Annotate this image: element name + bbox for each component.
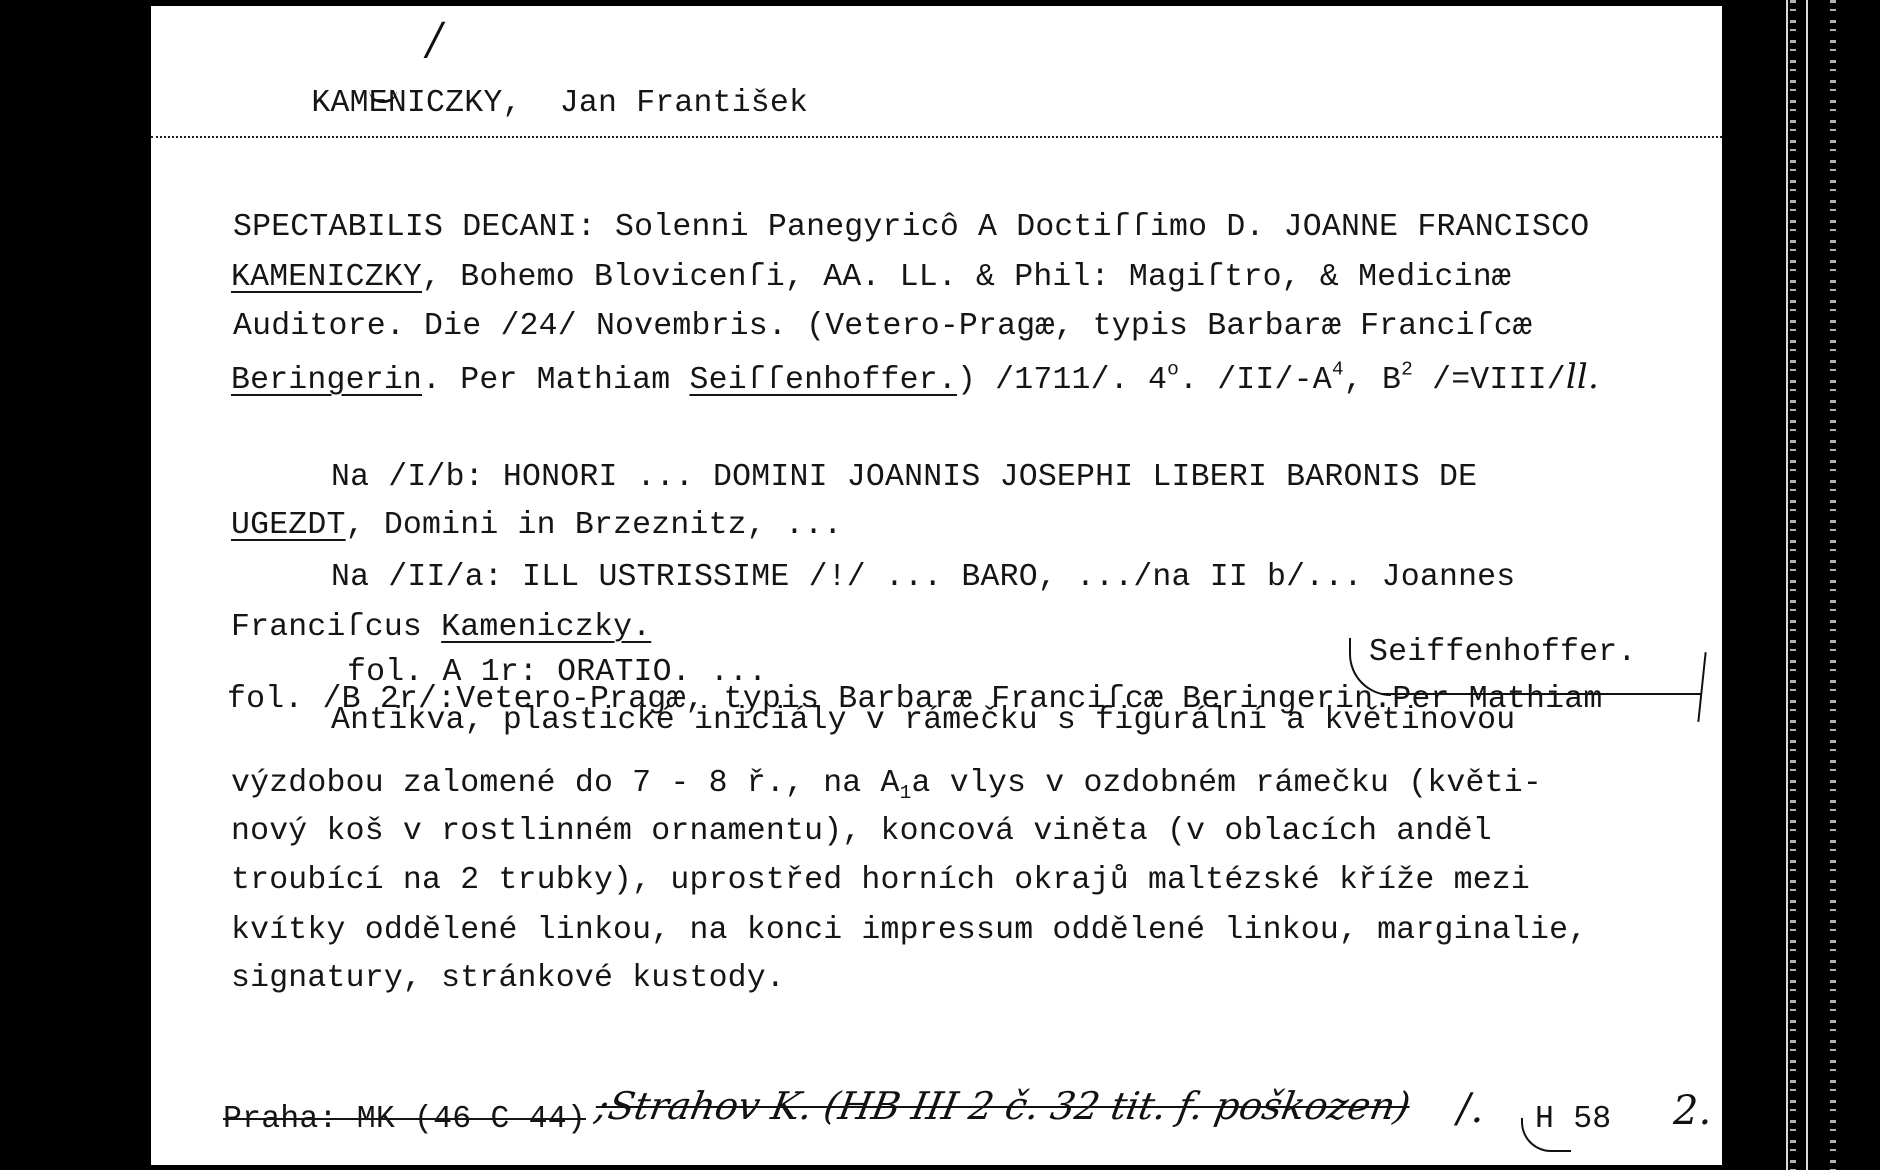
description-line-1: Antikva, plastické iniciály v rámečku s … <box>331 705 1515 737</box>
handwritten-leaves-note: ll. <box>1566 357 1599 397</box>
title-line-1: SPECTABILIS DECANI: Solenni Panegyricô A… <box>233 212 1589 244</box>
underlined-printer-surname: Seiſſenhoffer. <box>689 363 956 398</box>
handwritten-accent-mark: / <box>427 14 442 65</box>
note-line-2: UGEZDT, Domini in Brzeznitz, ... <box>231 510 842 542</box>
title-line-4: Beringerin. Per Mathiam Seiſſenhoffer.) … <box>231 360 1599 397</box>
catalog-card: KAMENICZKY, Jan František / SPECTABILIS … <box>151 6 1722 1165</box>
title-line-2: KAMENICZKY, Bohemo Blovicenſi, AA. LL. &… <box>231 262 1511 294</box>
note-line-4: Franciſcus Kameniczky. <box>231 612 651 644</box>
description-line-4: troubící na 2 trubky), uprostřed horních… <box>231 865 1530 897</box>
shelfmark-hook <box>1521 1118 1571 1152</box>
description-line-2: výzdobou zalomené do 7 - 8 ř., na A1a vl… <box>231 768 1542 803</box>
underlined-place: UGEZDT <box>231 508 346 543</box>
handwritten-copy-number: 2. <box>1673 1088 1711 1134</box>
heading-surname: KAMENICZKY <box>311 86 502 121</box>
note-line-3: Na /II/a: ILL USTRISSIME /!/ ... BARO, .… <box>331 562 1515 594</box>
handwritten-separator: /. <box>1457 1086 1483 1132</box>
description-line-6: signatury, stránkové kustody. <box>231 963 785 995</box>
addition-bracket-line <box>1381 693 1701 695</box>
underlined-surname: KAMENICZKY <box>231 260 422 295</box>
title-line-3: Auditore. Die /24/ Novembris. (Vetero-Pr… <box>233 311 1532 343</box>
underlined-author: Kameniczky. <box>441 610 651 645</box>
bracketed-addition: Seiffenhoffer. <box>1369 637 1636 669</box>
heading-divider <box>151 136 1722 138</box>
underlined-printer-name: Beringerin <box>231 363 422 398</box>
struck-location: Praha: MK (46 C 44) <box>223 1104 586 1136</box>
description-line-5: kvítky oddělené linkou, na konci impress… <box>231 915 1587 947</box>
note-line-1: Na /I/b: HONORI ... DOMINI JOANNIS JOSEP… <box>331 462 1477 494</box>
handwritten-struck-location: ;Strahov K. (HB III 2 č. 32 tit. f. pošk… <box>592 1084 1413 1128</box>
addition-bracket-right <box>1697 652 1706 722</box>
description-line-3: nový koš v rostlinném ornamentu), koncov… <box>231 816 1492 848</box>
heading-given-names: Jan František <box>560 86 808 121</box>
